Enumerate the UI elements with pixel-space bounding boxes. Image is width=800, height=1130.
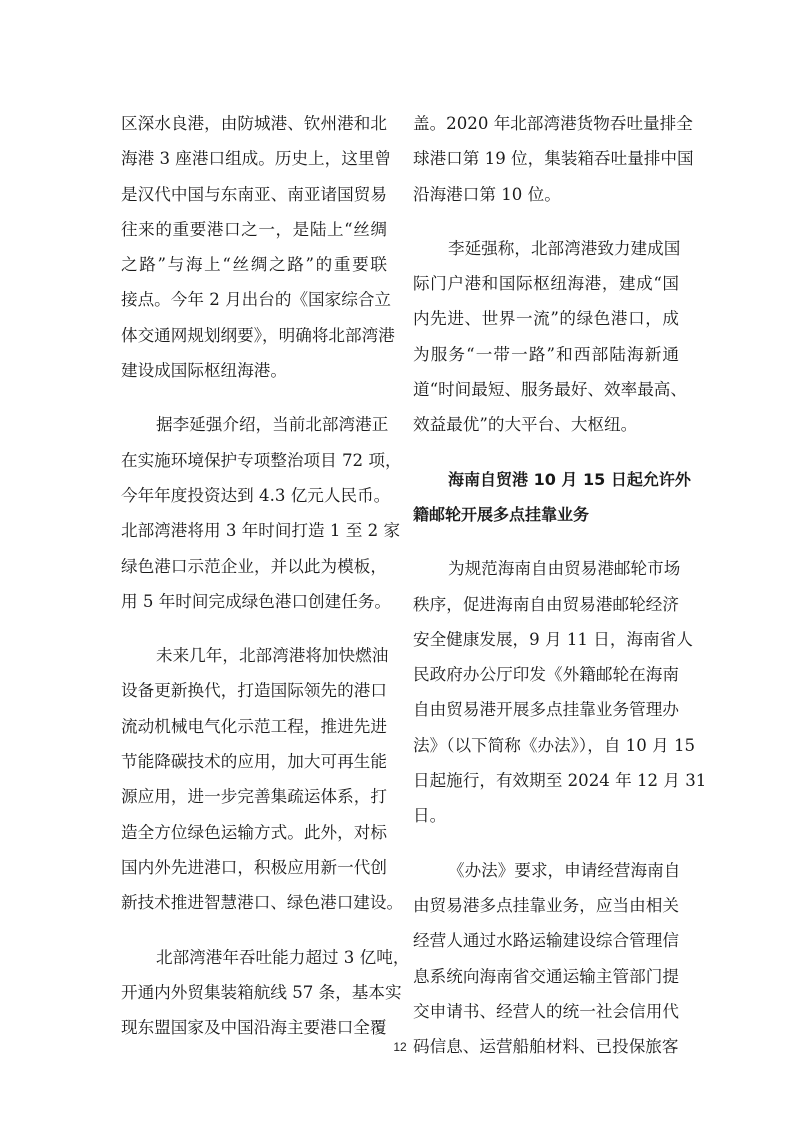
left-column: 区深水良港，由防城港、钦州港和北海港 3 座港口组成。历史上，这里曾是汉代中国与…	[121, 106, 387, 1045]
page-number: 12	[0, 1040, 800, 1054]
text-line: 为服务“一带一路”和西部陆海新通	[413, 337, 679, 372]
paragraph-gap	[413, 532, 679, 551]
paragraph-gap	[121, 388, 387, 407]
text-line: 新技术推进智慧港口、绿色港口建设。	[121, 885, 387, 920]
paragraph-gap	[121, 619, 387, 638]
text-line: 今年年度投资达到 4.3 亿元人民币。	[121, 478, 387, 513]
text-line: 由贸易港多点挂靠业务，应当由相关	[413, 888, 679, 923]
text-line: 接点。今年 2 月出台的《国家综合立	[121, 282, 387, 317]
text-line: 际门户港和国际枢纽海港，建成“国	[413, 266, 679, 301]
text-line: 国内外先进港口，积极应用新一代创	[121, 850, 387, 885]
text-line: 开通内外贸集装箱航线 57 条，基本实	[121, 975, 387, 1010]
text-line: 日。	[413, 798, 679, 833]
text-line: 源应用，进一步完善集疏运体系，打	[121, 779, 387, 814]
text-line: 效益最优”的大平台、大枢纽。	[413, 407, 679, 442]
text-line: 海南自贸港 10 月 15 日起允许外	[413, 462, 679, 497]
text-line: 之路”与海上“丝绸之路”的重要联	[121, 247, 387, 282]
text-line: 盖。2020 年北部湾港货物吞吐量排全	[413, 106, 679, 141]
paragraph: 盖。2020 年北部湾港货物吞吐量排全球港口第 19 位，集装箱吞吐量排中国沿海…	[413, 106, 679, 212]
text-line: 经营人通过水路运输建设综合管理信	[413, 923, 679, 958]
paragraph: 李延强称，北部湾港致力建成国际门户港和国际枢纽海港，建成“国内先进、世界一流”的…	[413, 231, 679, 443]
text-line: 区深水良港，由防城港、钦州港和北	[121, 106, 387, 141]
text-line: 建设成国际枢纽海港。	[121, 353, 387, 388]
paragraph: 未来几年，北部湾港将加快燃油设备更新换代，打造国际领先的港口流动机械电气化示范工…	[121, 638, 387, 920]
text-line: 流动机械电气化示范工程，推进先进	[121, 709, 387, 744]
paragraph-gap	[413, 443, 679, 462]
text-line: 李延强称，北部湾港致力建成国	[413, 231, 679, 266]
paragraph: 北部湾港年吞吐能力超过 3 亿吨，开通内外贸集装箱航线 57 条，基本实现东盟国…	[121, 940, 387, 1046]
text-line: 球港口第 19 位，集装箱吞吐量排中国	[413, 141, 679, 176]
text-line: 安全健康发展，9 月 11 日，海南省人	[413, 622, 679, 657]
paragraph: 区深水良港，由防城港、钦州港和北海港 3 座港口组成。历史上，这里曾是汉代中国与…	[121, 106, 387, 388]
paragraph: 《办法》要求，申请经营海南自由贸易港多点挂靠业务，应当由相关经营人通过水路运输建…	[413, 853, 679, 1065]
paragraph-gap	[413, 212, 679, 231]
text-line: 法》（以下简称《办法》），自 10 月 15	[413, 728, 679, 763]
text-line: 在实施环境保护专项整治项目 72 项，	[121, 443, 387, 478]
text-line: 日起施行，有效期至 2024 年 12 月 31	[413, 763, 679, 798]
paragraph: 为规范海南自由贸易港邮轮市场秩序，促进海南自由贸易港邮轮经济安全健康发展，9 月…	[413, 551, 679, 833]
text-line: 体交通网规划纲要》，明确将北部湾港	[121, 318, 387, 353]
text-line: 息系统向海南省交通运输主管部门提	[413, 959, 679, 994]
text-line: 北部湾港将用 3 年时间打造 1 至 2 家	[121, 513, 387, 548]
right-column: 盖。2020 年北部湾港货物吞吐量排全球港口第 19 位，集装箱吞吐量排中国沿海…	[413, 106, 679, 1064]
text-line: 造全方位绿色运输方式。此外，对标	[121, 815, 387, 850]
text-line: 秩序，促进海南自由贸易港邮轮经济	[413, 587, 679, 622]
text-line: 海港 3 座港口组成。历史上，这里曾	[121, 141, 387, 176]
text-line: 为规范海南自由贸易港邮轮市场	[413, 551, 679, 586]
text-line: 内先进、世界一流”的绿色港口，成	[413, 301, 679, 336]
text-line: 自由贸易港开展多点挂靠业务管理办	[413, 692, 679, 727]
text-line: 未来几年，北部湾港将加快燃油	[121, 638, 387, 673]
paragraph-gap	[121, 921, 387, 940]
text-line: 籍邮轮开展多点挂靠业务	[413, 497, 679, 532]
text-line: 节能降碳技术的应用，加大可再生能	[121, 744, 387, 779]
text-line: 交申请书、经营人的统一社会信用代	[413, 994, 679, 1029]
text-line: 是汉代中国与东南亚、南亚诸国贸易	[121, 177, 387, 212]
text-line: 沿海港口第 10 位。	[413, 177, 679, 212]
text-line: 设备更新换代，打造国际领先的港口	[121, 673, 387, 708]
text-line: 《办法》要求，申请经营海南自	[413, 853, 679, 888]
paragraph: 据李延强介绍，当前北部湾港正在实施环境保护专项整治项目 72 项，今年年度投资达…	[121, 407, 387, 619]
paragraph-gap	[413, 834, 679, 853]
text-line: 北部湾港年吞吐能力超过 3 亿吨，	[121, 940, 387, 975]
text-line: 民政府办公厅印发《外籍邮轮在海南	[413, 657, 679, 692]
text-line: 绿色港口示范企业，并以此为模板，	[121, 549, 387, 584]
text-line: 往来的重要港口之一，是陆上“丝绸	[121, 212, 387, 247]
text-line: 道“时间最短、服务最好、效率最高、	[413, 372, 679, 407]
section-heading: 海南自贸港 10 月 15 日起允许外籍邮轮开展多点挂靠业务	[413, 462, 679, 533]
text-line: 用 5 年时间完成绿色港口创建任务。	[121, 584, 387, 619]
text-line: 据李延强介绍，当前北部湾港正	[121, 407, 387, 442]
